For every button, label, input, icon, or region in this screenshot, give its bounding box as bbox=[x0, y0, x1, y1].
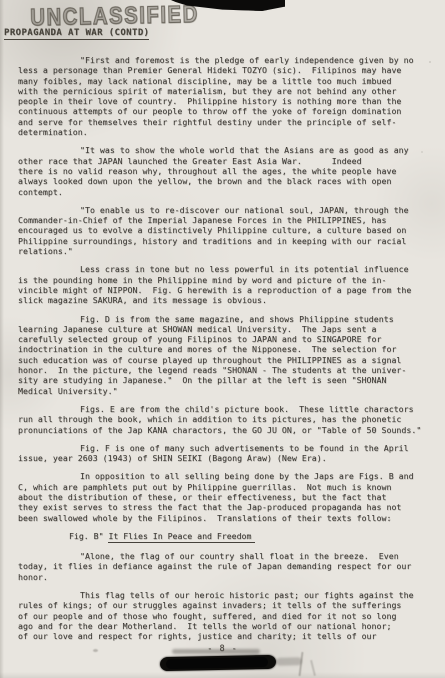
document-line: honor. bbox=[18, 572, 436, 582]
figure-label: Fig. B" bbox=[69, 531, 108, 541]
document-line: Less crass in tone but no less powerful … bbox=[18, 264, 436, 274]
document-line: is the pounding home in the Philippine m… bbox=[18, 275, 436, 285]
document-line: and serve for themselves their rightful … bbox=[18, 117, 436, 127]
document-line: with the pernicious spirit of materialis… bbox=[18, 86, 436, 96]
document-line: Figs. E are from the child's picture boo… bbox=[18, 404, 436, 414]
scanned-document-page: PROPAGANDA AT WAR (CONTD) UNCLASSIFIED "… bbox=[0, 0, 445, 678]
unclassified-stamp: UNCLASSIFIED bbox=[30, 0, 199, 32]
document-line: Philippine surroundings, history and tra… bbox=[18, 236, 436, 246]
document-line: of our people and of those who fought, s… bbox=[18, 611, 436, 621]
document-line: today, it flies in defiance against the … bbox=[18, 561, 436, 571]
pencil-smudge bbox=[172, 649, 260, 654]
paragraph: In opposition to all selling being done … bbox=[18, 471, 436, 522]
document-line: Fig. F is one of many such advertisement… bbox=[18, 443, 436, 453]
document-line: determination. bbox=[18, 127, 436, 137]
paragraph: "To enable us to re-discover our nationa… bbox=[18, 205, 436, 256]
document-line: continuous attempts of our people to thr… bbox=[18, 106, 436, 116]
document-line: issue, year 2603 (1943) of SHIN SEIKI (B… bbox=[18, 453, 436, 463]
document-line: In opposition to all selling being done … bbox=[18, 471, 436, 481]
document-line: less a personage than Premier General Hi… bbox=[18, 65, 436, 75]
document-line: there is no valid reason why, throughout… bbox=[18, 166, 436, 176]
paragraph: Figs. E are from the child's picture boo… bbox=[18, 404, 436, 435]
document-line: they exist serves to stress the fact tha… bbox=[18, 502, 436, 512]
document-line: This flag tells of our heroic historic p… bbox=[18, 590, 436, 600]
document-line: "Alone, the flag of our country shall fl… bbox=[18, 551, 436, 561]
pencil-mark bbox=[93, 649, 98, 652]
paragraph: Fig. F is one of many such advertisement… bbox=[18, 443, 436, 464]
paragraph: "Alone, the flag of our country shall fl… bbox=[18, 551, 436, 582]
paragraph: Less crass in tone but no less powerful … bbox=[18, 264, 436, 305]
document-line: "To enable us to re-discover our nationa… bbox=[18, 205, 436, 215]
document-line: "First and foremost is the pledge of ear… bbox=[18, 55, 436, 65]
paragraph: Fig. D is from the same magazine, and sh… bbox=[18, 314, 436, 396]
document-line: "It was to show the whole world that the… bbox=[18, 145, 436, 155]
figure-title-underlined: It Flies In Peace and Freedom bbox=[108, 531, 255, 543]
document-line: other race that JAPAN launched the Great… bbox=[18, 156, 436, 166]
marker-redaction-stroke bbox=[160, 655, 276, 671]
paragraph: "First and foremost is the pledge of ear… bbox=[18, 55, 436, 137]
paragraph: This flag tells of our heroic historic p… bbox=[18, 590, 436, 641]
document-line: relations." bbox=[18, 246, 436, 256]
document-line: slick magazine SAKURA, and its message i… bbox=[18, 295, 436, 305]
document-line: people in their love of country. Philipp… bbox=[18, 96, 436, 106]
figure-caption-heading: Fig. B" It Flies In Peace and Freedom bbox=[18, 531, 436, 541]
document-line: pronunciations of the Jap KANA charactor… bbox=[18, 425, 436, 435]
document-line: sity are studying in Japanese." On the p… bbox=[18, 375, 436, 385]
document-line: C, which are pamphlets put out by Philip… bbox=[18, 482, 436, 492]
document-line: vincible might of NIPPON. Fig. G herewit… bbox=[18, 285, 436, 295]
document-line: carefully selected group of young Filipi… bbox=[18, 334, 436, 344]
document-line: of our love and respect for rights, just… bbox=[18, 631, 436, 641]
document-line: indoctrination in the culture and mores … bbox=[18, 344, 436, 354]
document-line: ago and for the dear Motherland. It tell… bbox=[18, 621, 436, 631]
document-line: encouraged us to evolve a distinctively … bbox=[18, 225, 436, 235]
document-line: run all through the book, which in addit… bbox=[18, 414, 436, 424]
figure-caption-line: Fig. B" It Flies In Peace and Freedom bbox=[18, 531, 436, 541]
document-line: Medical University." bbox=[18, 386, 436, 396]
document-line: contempt. bbox=[18, 187, 436, 197]
paragraph: "It was to show the whole world that the… bbox=[18, 145, 436, 196]
document-line: honor. In the picture, the legend reads … bbox=[18, 365, 436, 375]
document-line: about the distribution of these, or thei… bbox=[18, 492, 436, 502]
document-line: been swallowed whole by the Filipinos. T… bbox=[18, 513, 436, 523]
document-line: always looked down upon the yellow, the … bbox=[18, 176, 436, 186]
pencil-mark bbox=[310, 660, 315, 676]
document-line: rules of kings; of our struggles against… bbox=[18, 600, 436, 610]
document-body: "First and foremost is the pledge of ear… bbox=[18, 55, 436, 650]
document-line: Commander-in-Chief of the Imperial Japan… bbox=[18, 215, 436, 225]
document-line: learning Japanese culture at SHOWAN medi… bbox=[18, 324, 436, 334]
document-line: Fig. D is from the same magazine, and sh… bbox=[18, 314, 436, 324]
document-line: such education was of course played up t… bbox=[18, 355, 436, 365]
document-line: many foibles, may lack national discipli… bbox=[18, 76, 436, 86]
